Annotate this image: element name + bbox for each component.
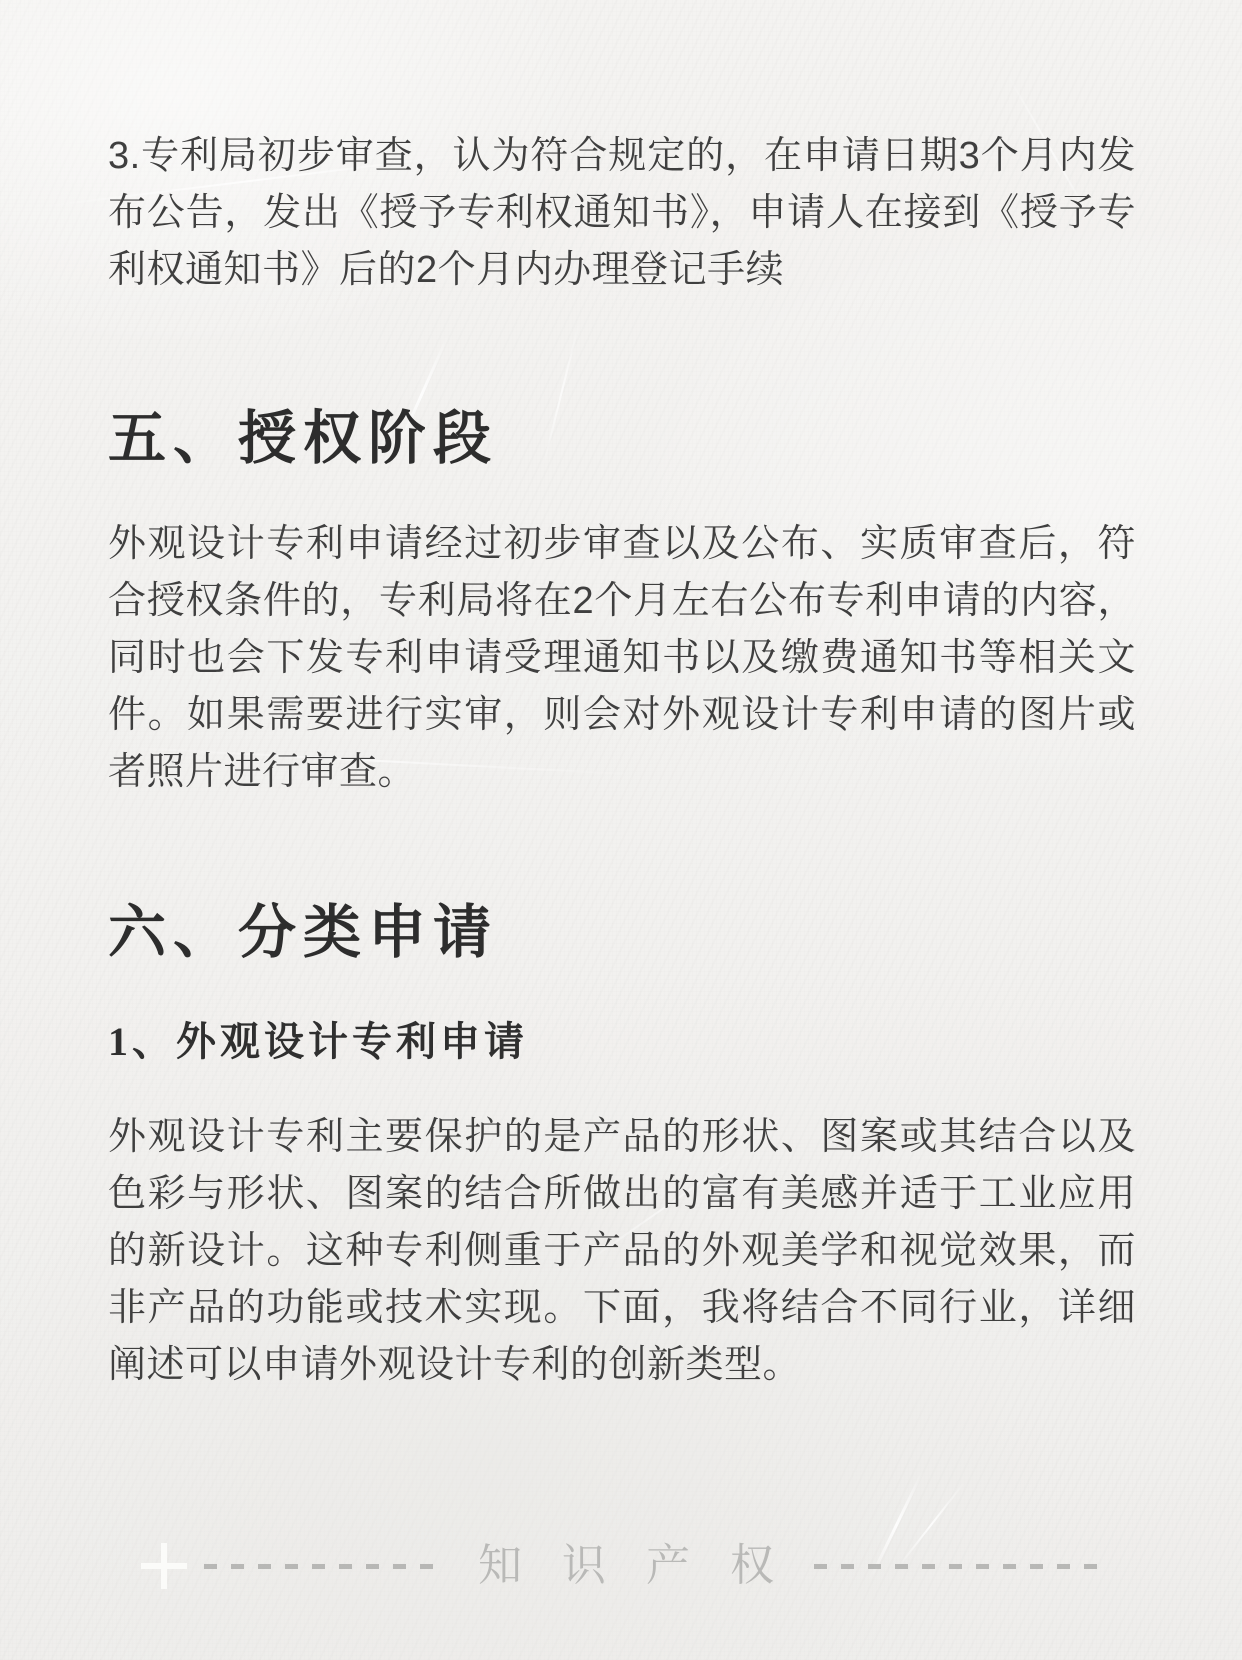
footer: 知识产权 [0,1538,1242,1594]
plus-icon [138,1540,190,1592]
article-content: 3.专利局初步审查，认为符合规定的，在申请日期3个月内发布公告，发出《授予专利权… [0,128,1242,1394]
section6-paragraph: 外观设计专利主要保护的是产品的形状、图案或其结合以及色彩与形状、图案的结合所做出… [108,1109,1136,1394]
footer-label: 知识产权 [478,1540,814,1592]
section5-paragraph: 外观设计专利申请经过初步审查以及公布、实质审查后，符合授权条件的，专利局将在2个… [108,516,1136,801]
right-dashed-line [814,1564,1104,1569]
section6-subheading: 1、外观设计专利申请 [108,1017,1136,1067]
knowledge-card-page: 3.专利局初步审查，认为符合规定的，在申请日期3个月内发布公告，发出《授予专利权… [0,0,1242,1660]
left-dashed-line [204,1564,444,1569]
section5-heading: 五、授权阶段 [108,404,1136,474]
section6-heading: 六、分类申请 [108,898,1136,968]
step3-paragraph: 3.专利局初步审查，认为符合规定的，在申请日期3个月内发布公告，发出《授予专利权… [108,128,1136,299]
